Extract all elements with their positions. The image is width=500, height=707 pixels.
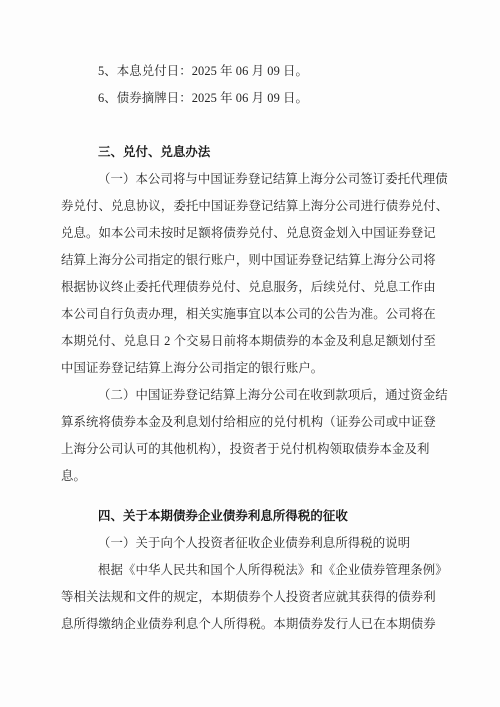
text-line: 兑息。如本公司未按时足额将债券兑付、兑息资金划入中国证券登记: [61, 220, 444, 247]
text-line-indented: （一）本公司将与中国证券登记结算上海分公司签订委托代理债: [61, 166, 444, 193]
section-heading: 三、兑付、兑息办法: [61, 139, 444, 166]
text-line: 息。: [61, 463, 444, 490]
document-page: 5、本息兑付日：2025 年 06 月 09 日。6、债券摘牌日：2025 年 …: [0, 0, 500, 707]
text-line: 本期兑付、兑息日 2 个交易日前将本期债券的本金及利息足额划付至: [61, 328, 444, 355]
text-line: 等相关法规和文件的规定，本期债券个人投资者应就其获得的债券利: [61, 584, 444, 611]
text-line: 券兑付、兑息协议，委托中国证券登记结算上海分公司进行债券兑付、: [61, 193, 444, 220]
section-heading: 四、关于本期债券企业债券利息所得税的征收: [61, 503, 444, 530]
text-line-indented: 5、本息兑付日：2025 年 06 月 09 日。: [61, 58, 444, 85]
blank-line: [61, 112, 444, 139]
blank-line: [61, 490, 444, 503]
text-line: 本公司自行负责办理，相关实施事宜以本公司的公告为准。公司将在: [61, 301, 444, 328]
text-line: 结算上海分公司指定的银行账户，则中国证券登记结算上海分公司将: [61, 247, 444, 274]
text-line: 上海分公司认可的其他机构），投资者于兑付机构领取债券本金及利: [61, 436, 444, 463]
text-line: 根据协议终止委托代理债券兑付、兑息服务，后续兑付、兑息工作由: [61, 274, 444, 301]
text-line-indented: 根据《中华人民共和国个人所得税法》和《企业债券管理条例》: [61, 557, 444, 584]
text-line-indented: （一）关于向个人投资者征收企业债券利息所得税的说明: [61, 530, 444, 557]
text-line: 算系统将债券本金及利息划付给相应的兑付机构（证券公司或中证登: [61, 409, 444, 436]
text-line: 中国证券登记结算上海分公司指定的银行账户。: [61, 355, 444, 382]
text-line-indented: 6、债券摘牌日：2025 年 06 月 09 日。: [61, 85, 444, 112]
text-line-indented: （二）中国证券登记结算上海分公司在收到款项后，通过资金结: [61, 382, 444, 409]
text-line: 息所得缴纳企业债券利息个人所得税。本期债券发行人已在本期债券: [61, 611, 444, 638]
